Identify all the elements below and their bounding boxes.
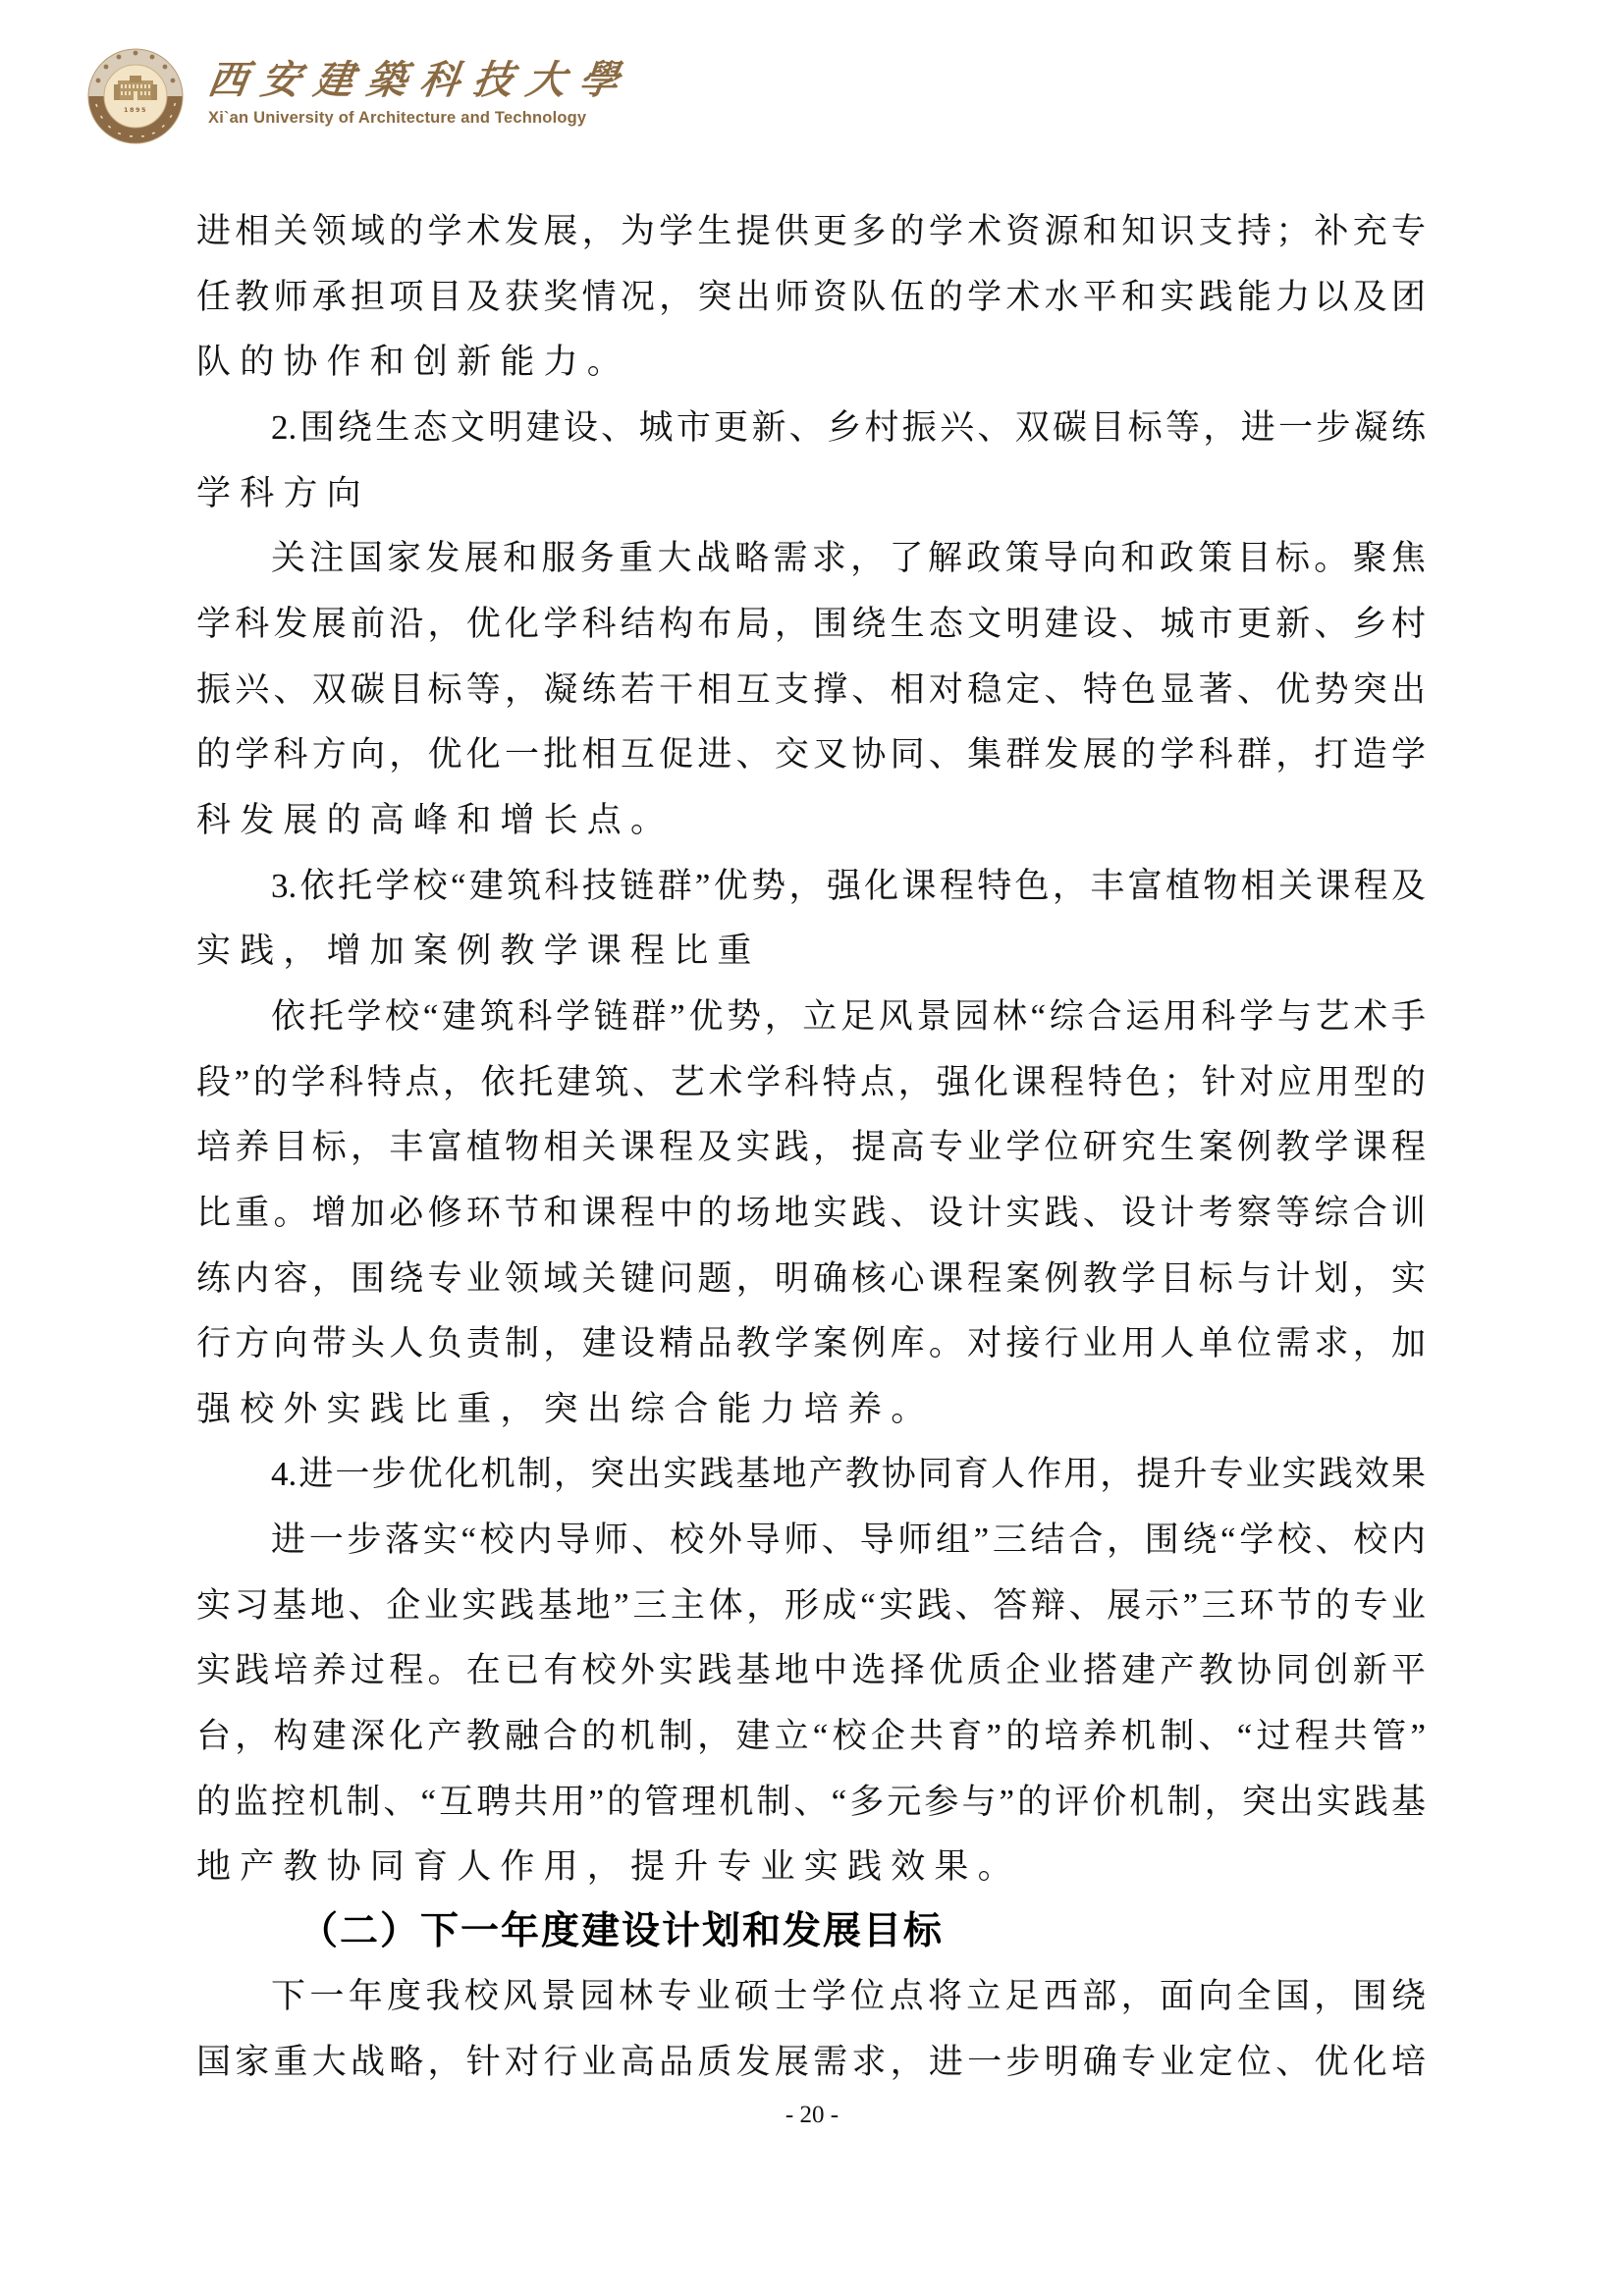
paragraph-line: 的学科方向，优化一批相互促进、交叉协同、集群发展的学科群，打造学 (196, 735, 1426, 774)
paragraph-line: 进相关领域的学术发展，为学生提供更多的学术资源和知识支持；补充专 (196, 212, 1426, 251)
paragraph-line: 科发展的高峰和增长点。 (196, 801, 1426, 840)
university-name-chinese: 西安建築科技大學 (205, 57, 605, 104)
svg-text:1895: 1895 (124, 106, 147, 114)
paragraph-line: 比重。增加必修环节和课程中的场地实践、设计实践、设计考察等综合训 (196, 1194, 1426, 1233)
paragraph-line: 台，构建深化产教融合的机制，建立“校企共育”的培养机制、“过程共管” (196, 1717, 1426, 1756)
paragraph-line: 实习基地、企业实践基地”三主体，形成“实践、答辩、展示”三环节的专业 (196, 1586, 1426, 1626)
paragraph-line: 地产教协同育人作用，提升专业实践效果。 (196, 1847, 1426, 1887)
paragraph-line: 段”的学科特点，依托建筑、艺术学科特点，强化课程特色；针对应用型的 (196, 1063, 1426, 1102)
subheading-line: 3.依托学校“建筑科技链群”优势，强化课程特色，丰富植物相关课程及 (271, 867, 1426, 906)
university-seal-icon: 1895 (84, 45, 187, 147)
paragraph-line: 振兴、双碳目标等，凝练若干相互支撑、相对稳定、特色显著、优势突出 (196, 670, 1426, 710)
paragraph-line: 实践培养过程。在已有校外实践基地中选择优质企业搭建产教协同创新平 (196, 1651, 1426, 1690)
paragraph-line: 下一年度我校风景园林专业硕士学位点将立足西部，面向全国，围绕 (271, 1977, 1426, 2016)
subheading-line: 2.围绕生态文明建设、城市更新、乡村振兴、双碳目标等，进一步凝练 (271, 408, 1426, 448)
paragraph-line: 任教师承担项目及获奖情况，突出师资队伍的学术水平和实践能力以及团 (196, 278, 1426, 317)
paragraph-line: 学科发展前沿，优化学科结构布局，围绕生态文明建设、城市更新、乡村 (196, 605, 1426, 644)
subheading-line: 学科方向 (196, 474, 1426, 513)
subheading-line: 实践，增加案例教学课程比重 (196, 932, 1426, 971)
university-name-english: Xi`an University of Architecture and Tec… (208, 108, 586, 128)
paragraph-line: 行方向带头人负责制，建设精品教学案例库。对接行业用人单位需求，加 (196, 1324, 1426, 1363)
paragraph-line: 的监控机制、“互聘共用”的管理机制、“多元参与”的评价机制，突出实践基 (196, 1783, 1426, 1822)
paragraph-line: 进一步落实“校内导师、校外导师、导师组”三结合，围绕“学校、校内 (271, 1521, 1426, 1560)
paragraph-line: 强校外实践比重，突出综合能力培养。 (196, 1390, 1426, 1429)
paragraph-line: 依托学校“建筑科学链群”优势，立足风景园林“综合运用科学与艺术手 (271, 997, 1426, 1037)
paragraph-line: 练内容，围绕专业领域关键问题，明确核心课程案例教学目标与计划，实 (196, 1259, 1426, 1299)
paragraph-line: 国家重大战略，针对行业高品质发展需求，进一步明确专业定位、优化培 (196, 2043, 1426, 2082)
section-heading: （二）下一年度建设计划和发展目标 (299, 1908, 944, 1955)
paragraph-line: 培养目标，丰富植物相关课程及实践，提高专业学位研究生案例教学课程 (196, 1128, 1426, 1167)
university-header: 1895 西安建築科技大學 Xi`an University of Archit… (84, 45, 634, 153)
paragraph-line: 关注国家发展和服务重大战略需求，了解政策导向和政策目标。聚焦 (271, 539, 1426, 578)
page-number: - 20 - (0, 2101, 1624, 2130)
subheading-line: 4.进一步优化机制，突出实践基地产教协同育人作用，提升专业实践效果 (271, 1455, 1426, 1494)
paragraph-line: 队的协作和创新能力。 (196, 343, 1426, 382)
